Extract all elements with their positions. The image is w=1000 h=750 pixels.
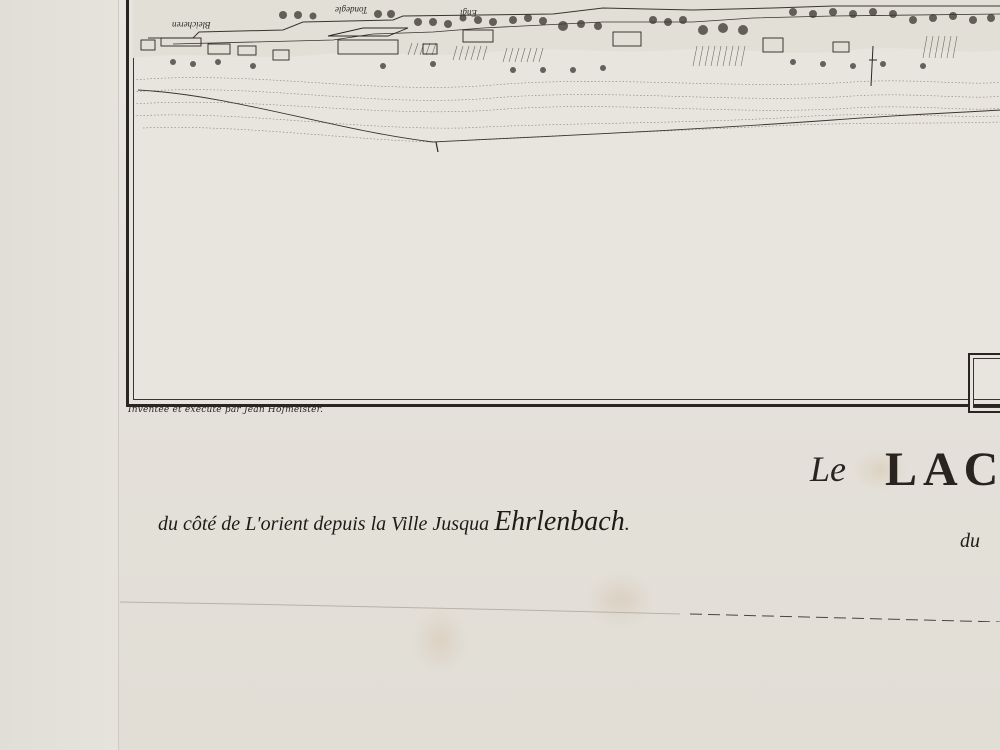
engraver-credit-line: Inventée et executé par Jean Hofmeister. <box>128 405 323 415</box>
title-prefix: Le <box>810 448 846 490</box>
subtitle-place: Ehrlenbach <box>494 506 625 537</box>
platemark-line <box>120 592 1000 622</box>
subtitle-continuation: du <box>960 530 980 553</box>
subtitle-suffix: . <box>625 513 630 535</box>
plate-corner-cartouche <box>968 353 1000 413</box>
title-main: LAC <box>885 442 1000 497</box>
map-label-bleicheren: Bleicheren <box>172 20 211 30</box>
subtitle-text: du côté de L'orient depuis la Ville Jusq… <box>158 513 489 535</box>
map-label-engi: Engi <box>460 8 477 18</box>
lakeshore-panorama-engraving <box>133 0 1000 160</box>
subtitle-line: du côté de L'orient depuis la Ville Jusq… <box>158 506 630 538</box>
paper-left-margin <box>0 0 119 750</box>
map-label-tondegle: Tondegle <box>335 5 368 15</box>
